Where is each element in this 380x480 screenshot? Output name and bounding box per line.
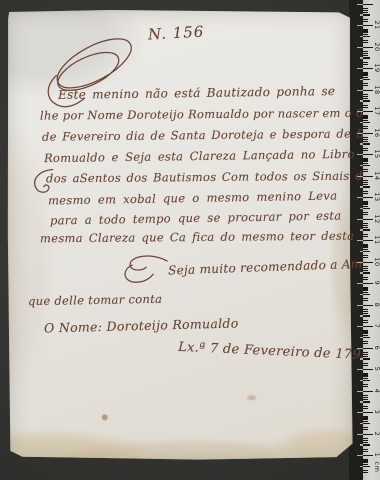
ruler-tick [363,330,368,331]
ruler-tick [363,442,368,443]
ruler-tick [363,141,368,142]
ruler-tick [363,31,368,32]
ruler-label: 6 [373,342,380,354]
ruler-tick [363,55,368,56]
ruler-tick [363,115,368,116]
ruler-tick [363,397,368,398]
ruler-label: 7 [373,320,380,332]
ruler-tick [363,214,368,215]
ruler-tick [363,229,370,230]
ruler-tick [363,348,373,349]
ruler-label: 3 [373,406,380,418]
ruler-label: 2 [373,428,380,440]
ruler-tick [363,470,368,471]
ruler-tick [363,246,368,247]
ruler-tick [363,283,373,284]
ruler-tick [363,354,368,355]
ruler-tick [363,219,373,220]
ruler-tick [363,313,368,314]
ruler-tick [363,401,370,402]
ruler-tick [363,100,370,101]
ruler-tick [363,395,368,396]
ruler-tick [363,277,368,278]
ruler-tick [363,326,373,327]
ruler-tick [363,373,368,374]
ruler-tick [363,384,368,385]
ruler-tick [363,126,368,127]
ruler-tick [363,251,370,252]
ruler-label: 13 [373,191,380,203]
manuscript-line: lhe por Nome Doroteijo Romualdo por nasc… [40,105,380,122]
ruler-tick [363,412,373,413]
manuscript-line: dos aSentos dos Bautismos Com todos os S… [46,169,370,186]
ruler-tick [363,180,368,181]
ruler-tick [363,4,373,5]
ruler-tick [363,225,368,226]
ruler-tick [363,464,368,465]
ruler-tick [363,427,368,428]
ruler-tick [363,197,373,198]
ruler-tick [363,96,368,97]
ruler-tick [363,416,368,417]
ruler-label: 21 [373,19,380,31]
ruler-tick [363,74,368,75]
ruler-tick [363,148,368,149]
ruler-tick [363,466,370,467]
ruler-label: 5 [373,363,380,375]
ruler-tick [363,19,368,20]
ruler-label: 19 [373,62,380,74]
ruler-tick [363,182,368,183]
ruler-label: 12 [373,213,380,225]
ruler-tick [363,72,368,73]
ruler-tick [363,208,370,209]
ruler-tick [363,25,373,26]
ruler-tick [363,378,368,379]
ruler-label: 11 [373,234,380,246]
ruler-tick [363,47,373,48]
ruler-tick [363,440,368,441]
ruler: 212019181716151413121110987654321cm [363,0,380,480]
ruler-label: 4 [373,385,380,397]
ruler-tick [363,62,368,63]
ruler-tick [363,292,368,293]
ruler-tick [363,122,370,123]
ruler-tick [363,421,368,422]
ruler-tick [363,399,368,400]
script-e-flourish-icon [115,254,171,288]
ruler-label: 14 [373,170,380,182]
ruler-tick [363,203,368,204]
ruler-tick [363,287,368,288]
ruler-tick [363,212,368,213]
ruler-tick [363,406,368,407]
ruler-tick [363,184,368,185]
ruler-tick [363,352,368,353]
ruler-tick [363,444,370,445]
scan-background: N. 156 Este menino não está Bautizado po… [0,0,380,480]
ruler-tick [363,77,368,78]
ruler-tick [363,29,368,30]
ruler-tick [363,227,368,228]
ruler-tick [363,51,368,52]
ruler-label: 20 [373,41,380,53]
ruler-label: 8 [373,299,380,311]
ruler-tick [363,42,368,43]
ruler-tick [363,105,368,106]
ruler-label: 17 [373,105,380,117]
ruler-tick [363,137,368,138]
ruler-tick [363,438,368,439]
ruler-tick [363,322,368,323]
ruler-tick [363,459,368,460]
ruler-tick [363,10,368,11]
ruler-label: 18 [373,84,380,96]
ruler-tick [363,266,368,267]
ruler-tick [363,64,368,65]
ruler-tick [363,34,368,35]
ruler-tick [363,111,373,112]
ruler-tick [363,154,373,155]
ruler-tick [363,128,368,129]
ruler-tick [363,201,368,202]
ruler-tick [363,150,368,151]
ruler-tick [363,386,368,387]
ruler-tick [363,143,370,144]
ruler-tick [363,14,370,15]
ruler-tick [363,53,368,54]
ruler-tick [363,120,368,121]
ruler-tick [363,133,373,134]
ruler-tick [363,98,368,99]
ruler-tick [363,193,368,194]
ruler-tick [363,455,373,456]
ruler-tick [363,79,370,80]
ruler-tick [363,94,368,95]
ruler-tick [363,12,368,13]
ruler-tick [363,186,370,187]
ruler-tick [363,300,368,301]
ruler-tick [363,320,368,321]
ruler-tick [363,234,368,235]
ruler-label: 10 [373,256,380,268]
ruler-tick [363,375,368,376]
ruler-tick [363,171,368,172]
ruler-tick [363,158,368,159]
ruler-tick [363,335,368,336]
ruler-tick [363,358,370,359]
ruler-band-ticks [354,0,363,480]
ruler-tick [363,36,370,37]
calligraphic-flourish-icon [38,27,143,119]
ruler-tick [363,163,368,164]
ruler-label: 1 [373,449,380,461]
ruler-tick [363,423,370,424]
ruler-tick [363,272,370,273]
ruler-tick [363,270,368,271]
ruler-tick [363,337,370,338]
ruler-label: 15 [373,148,380,160]
ruler-tick [363,169,368,170]
ruler-label: 16 [373,127,380,139]
ruler-tick [363,429,368,430]
ruler-tick [363,249,368,250]
ruler-tick [363,257,368,258]
ruler-tick [363,472,368,473]
ruler-tick [363,85,368,86]
ruler-tick [363,332,368,333]
ruler-tick [363,408,368,409]
folio-number: N. 156 [148,23,205,44]
ruler-tick [363,363,368,364]
ruler-tick [363,165,370,166]
ruler-tick [363,315,370,316]
ruler-tick [363,309,368,310]
ruler-tick [363,298,368,299]
ruler-tick [363,255,368,256]
ruler-tick [363,206,368,207]
ruler-tick [363,369,373,370]
ruler-tick [363,244,368,245]
ruler-tick [363,223,368,224]
ruler-tick [363,57,370,58]
ruler-tick [363,236,368,237]
ruler-tick [363,449,368,450]
ruler-tick [363,391,373,392]
ruler-tick [363,305,373,306]
ruler-tick [363,40,368,41]
ruler-tick [363,268,368,269]
ruler-tick [363,380,370,381]
ruler-tick [363,461,368,462]
manuscript-line: mesma Clareza que Ca fica do mesmo teor … [40,229,354,246]
ruler-tick [363,311,368,312]
ruler-tick [363,90,373,91]
ruler-label: cm [373,461,380,473]
ruler-tick [363,21,368,22]
ruler-tick [363,107,368,108]
ruler-tick [363,176,373,177]
ruler-tick [363,343,368,344]
ruler-tick [363,117,368,118]
ruler-tick [363,83,368,84]
ruler-label: 9 [373,277,380,289]
ruler-tick [363,191,368,192]
ruler-tick [363,341,368,342]
ruler-tick [363,451,368,452]
ruler-tick [363,160,368,161]
ruler-tick [363,279,368,280]
ruler-tick [363,434,373,435]
ruler-tick [363,68,373,69]
ruler-tick [363,365,368,366]
ruler-tick [363,240,373,241]
ruler-tick [363,294,370,295]
ruler-tick [363,418,368,419]
manuscript-line: que delle tomar conta [28,292,162,308]
ruler-tick [363,289,368,290]
ruler-tick [363,262,373,263]
ruler-tick [363,139,368,140]
ruler-tick [363,356,368,357]
ruler-tick [363,8,368,9]
